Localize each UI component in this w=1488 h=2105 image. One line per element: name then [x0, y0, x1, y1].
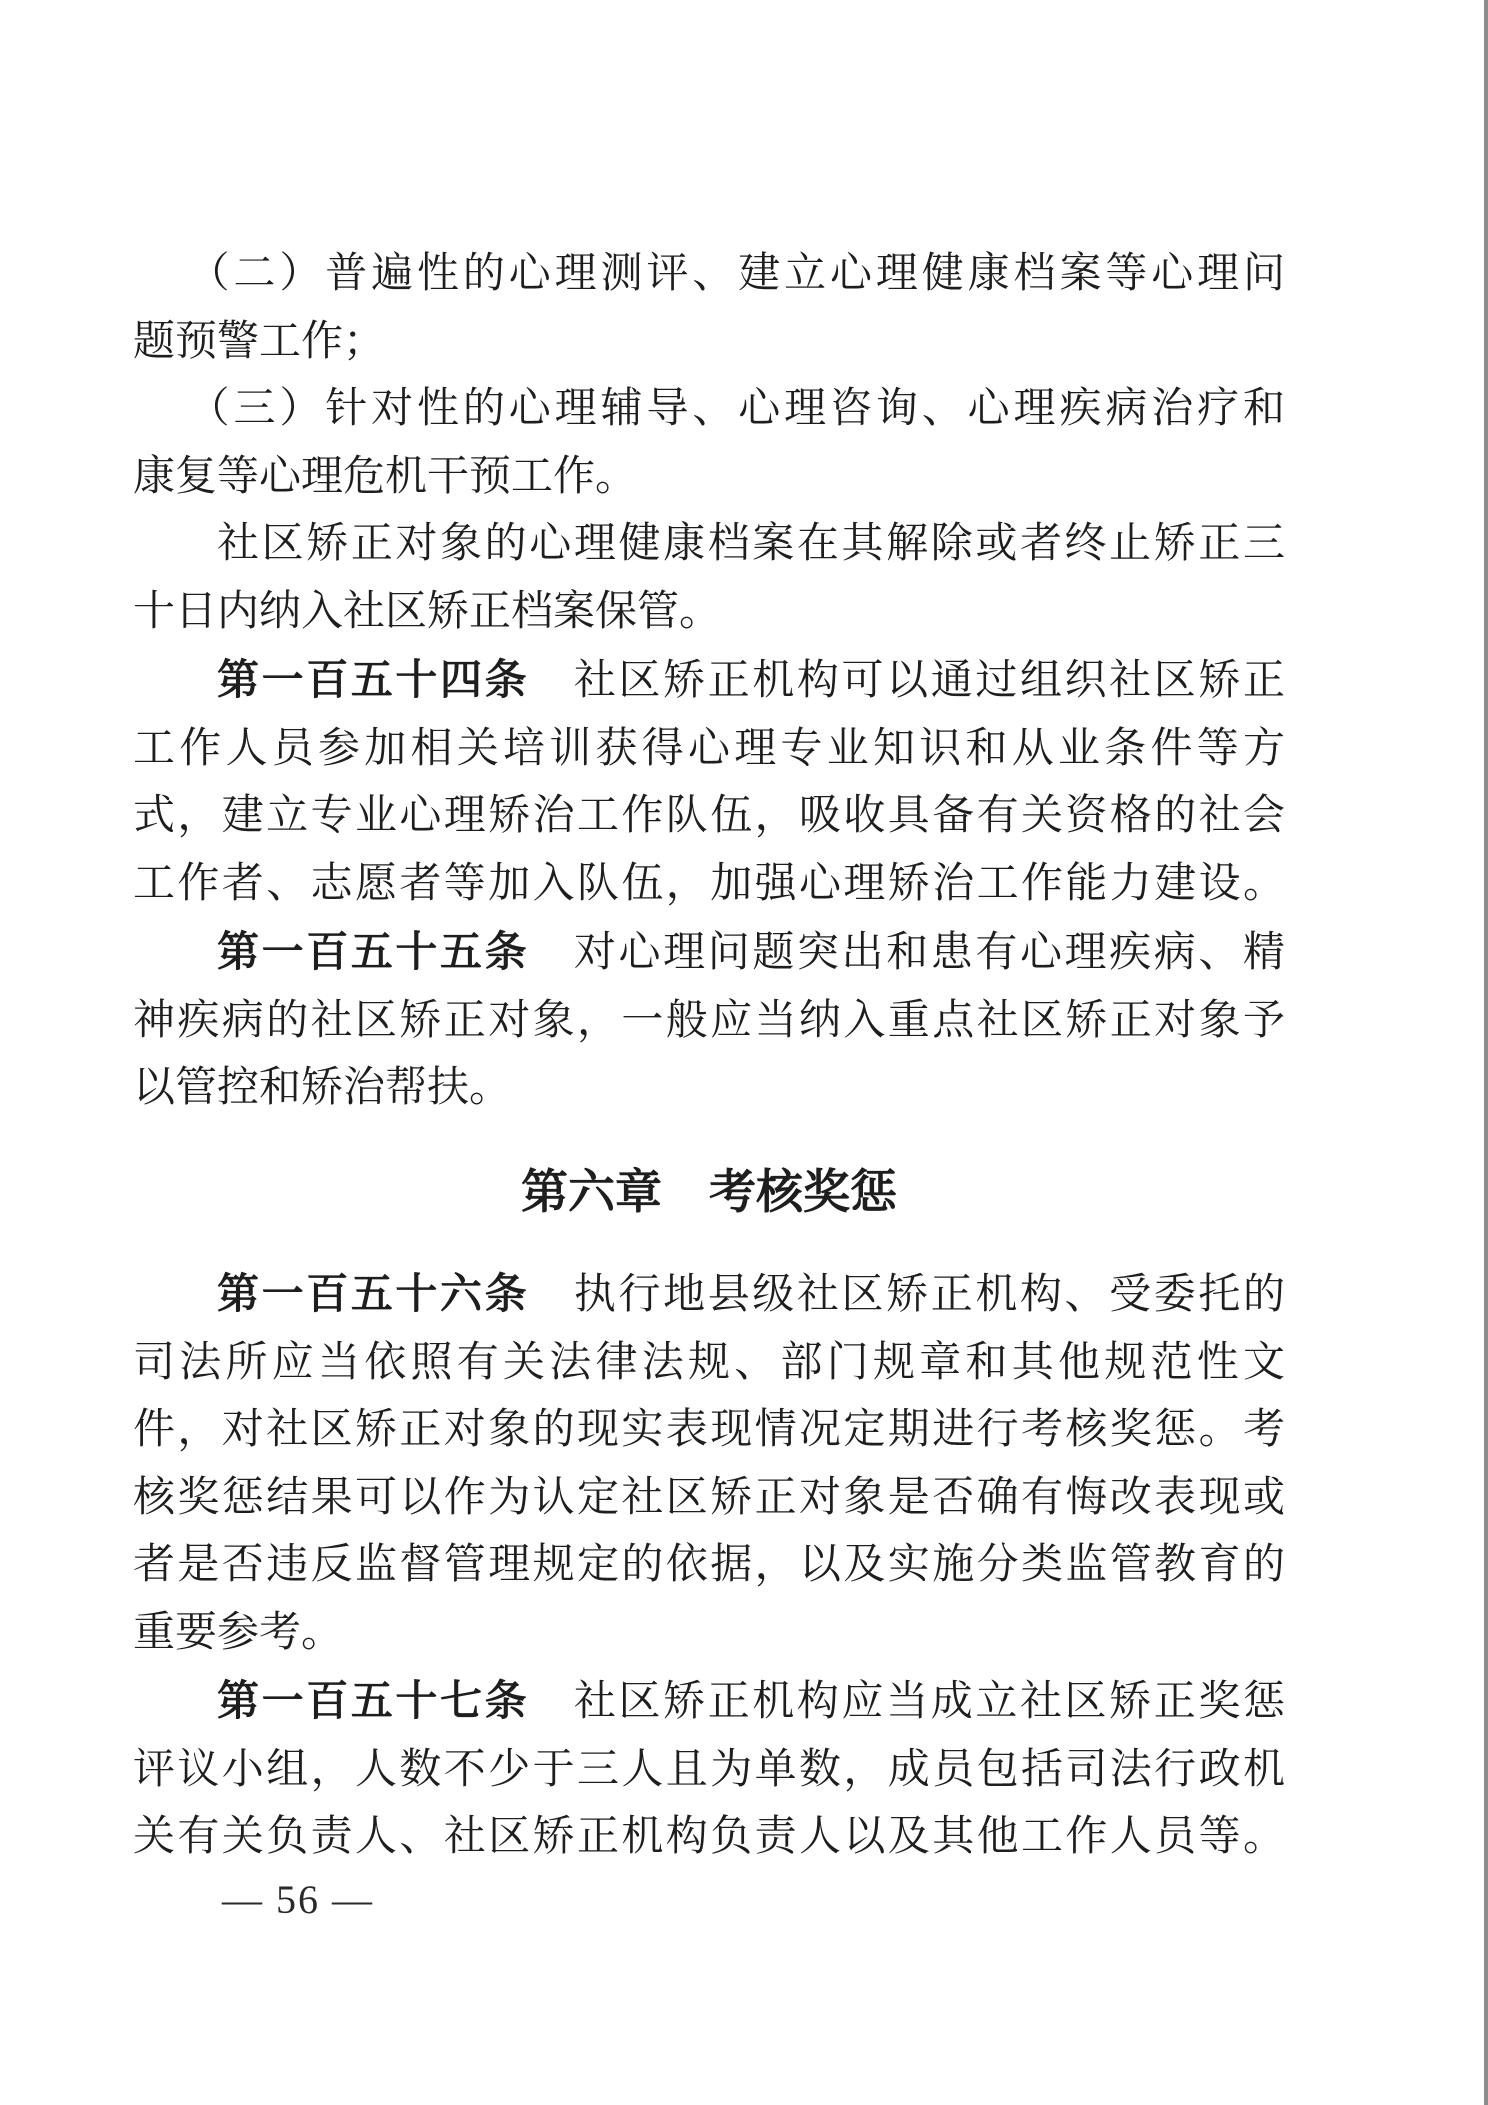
text-segment: 件，对社区矫正对象的现实表现情况定期进行考核奖惩。考	[133, 1407, 1285, 1453]
text-line: 者是否违反监督管理规定的依据，以及实施分类监管教育的	[133, 1532, 1285, 1600]
text-line: 关有关负责人、社区矫正机构负责人以及其他工作人员等。	[133, 1804, 1285, 1872]
text-line: 司法所应当依照有关法律法规、部门规章和其他规范性文	[133, 1330, 1285, 1398]
text-line: 第一百五十五条 对心理问题突出和患有心理疾病、精	[133, 918, 1285, 988]
page-edge-shadow	[1484, 0, 1488, 2105]
text-segment: （二）普遍性的心理测评、建立心理健康档案等心理问	[188, 251, 1285, 297]
text-segment: 康复等心理危机干预工作。	[133, 454, 637, 500]
text-line: 式，建立专业心理矫治工作队伍，吸收具备有关资格的社会	[133, 783, 1285, 851]
text-segment: 工作者、志愿者等加入队伍，加强心理矫治工作能力建设。	[133, 861, 1285, 907]
bold-text-segment: 第一百五十七条	[217, 1677, 529, 1724]
text-segment: 核奖惩结果可以作为认定社区矫正对象是否确有悔改表现或	[133, 1475, 1285, 1521]
bold-text-segment: 第一百五十六条	[217, 1270, 529, 1317]
text-segment: 以管控和矫治帮扶。	[133, 1065, 511, 1111]
text-segment: 社区矫正对象的心理健康档案在其解除或者终止矫正三	[217, 521, 1285, 567]
text-line: 康复等心理危机干预工作。	[133, 444, 1285, 512]
text-segment: 重要参考。	[133, 1610, 343, 1656]
text-segment: 神疾病的社区矫正对象，一般应当纳入重点社区矫正对象予	[133, 998, 1285, 1044]
text-segment: 司法所应当依照有关法律法规、部门规章和其他规范性文	[133, 1340, 1285, 1386]
text-segment: 社区矫正机构应当成立社区矫正奖惩	[529, 1679, 1285, 1725]
text-line: 十日内纳入社区矫正档案保管。	[133, 579, 1285, 647]
text-segment: 关有关负责人、社区矫正机构负责人以及其他工作人员等。	[133, 1814, 1285, 1860]
text-segment: （三）针对性的心理辅导、心理咨询、心理疾病治疗和	[188, 386, 1285, 432]
text-line: （二）普遍性的心理测评、建立心理健康档案等心理问	[133, 241, 1285, 309]
text-segment: 工作人员参加相关培训获得心理专业知识和从业条件等方	[133, 726, 1285, 772]
text-segment: 执行地县级社区矫正机构、受委托的	[529, 1272, 1285, 1318]
text-segment: 式，建立专业心理矫治工作队伍，吸收具备有关资格的社会	[133, 793, 1285, 839]
text-segment: 题预警工作；	[133, 319, 385, 365]
document-page: （二）普遍性的心理测评、建立心理健康档案等心理问题预警工作；（三）针对性的心理辅…	[0, 0, 1488, 2105]
text-line: 核奖惩结果可以作为认定社区矫正对象是否确有悔改表现或	[133, 1465, 1285, 1533]
text-segment: 十日内纳入社区矫正档案保管。	[133, 589, 721, 635]
text-line: 评议小组，人数不少于三人且为单数，成员包括司法行政机	[133, 1737, 1285, 1805]
chapter-heading: 第六章 考核奖惩	[133, 1158, 1285, 1226]
bold-text-segment: 第一百五十五条	[217, 928, 529, 975]
text-line: 社区矫正对象的心理健康档案在其解除或者终止矫正三	[133, 511, 1285, 579]
text-segment: 社区矫正机构可以通过组织社区矫正	[529, 658, 1285, 704]
text-line: 第一百五十七条 社区矫正机构应当成立社区矫正奖惩	[133, 1667, 1285, 1737]
text-segment: 对心理问题突出和患有心理疾病、精	[529, 930, 1285, 976]
text-line: 重要参考。	[133, 1600, 1285, 1668]
text-segment: 者是否违反监督管理规定的依据，以及实施分类监管教育的	[133, 1542, 1285, 1588]
text-line: 第一百五十六条 执行地县级社区矫正机构、受委托的	[133, 1260, 1285, 1330]
bold-text-segment: 第一百五十四条	[217, 656, 529, 703]
text-line: 工作人员参加相关培训获得心理专业知识和从业条件等方	[133, 716, 1285, 784]
page-number: — 56 —	[222, 1877, 374, 1922]
text-line: 题预警工作；	[133, 309, 1285, 377]
text-line: 第一百五十四条 社区矫正机构可以通过组织社区矫正	[133, 646, 1285, 716]
bold-text-segment: 第六章 考核奖惩	[521, 1165, 897, 1218]
document-body: （二）普遍性的心理测评、建立心理健康档案等心理问题预警工作；（三）针对性的心理辅…	[133, 241, 1285, 1872]
page-footer: — 56 —	[222, 1876, 374, 1923]
text-line: 神疾病的社区矫正对象，一般应当纳入重点社区矫正对象予	[133, 988, 1285, 1056]
text-line: （三）针对性的心理辅导、心理咨询、心理疾病治疗和	[133, 376, 1285, 444]
text-line: 以管控和矫治帮扶。	[133, 1055, 1285, 1123]
text-line: 件，对社区矫正对象的现实表现情况定期进行考核奖惩。考	[133, 1397, 1285, 1465]
text-segment: 评议小组，人数不少于三人且为单数，成员包括司法行政机	[133, 1747, 1285, 1793]
text-line: 工作者、志愿者等加入队伍，加强心理矫治工作能力建设。	[133, 851, 1285, 919]
